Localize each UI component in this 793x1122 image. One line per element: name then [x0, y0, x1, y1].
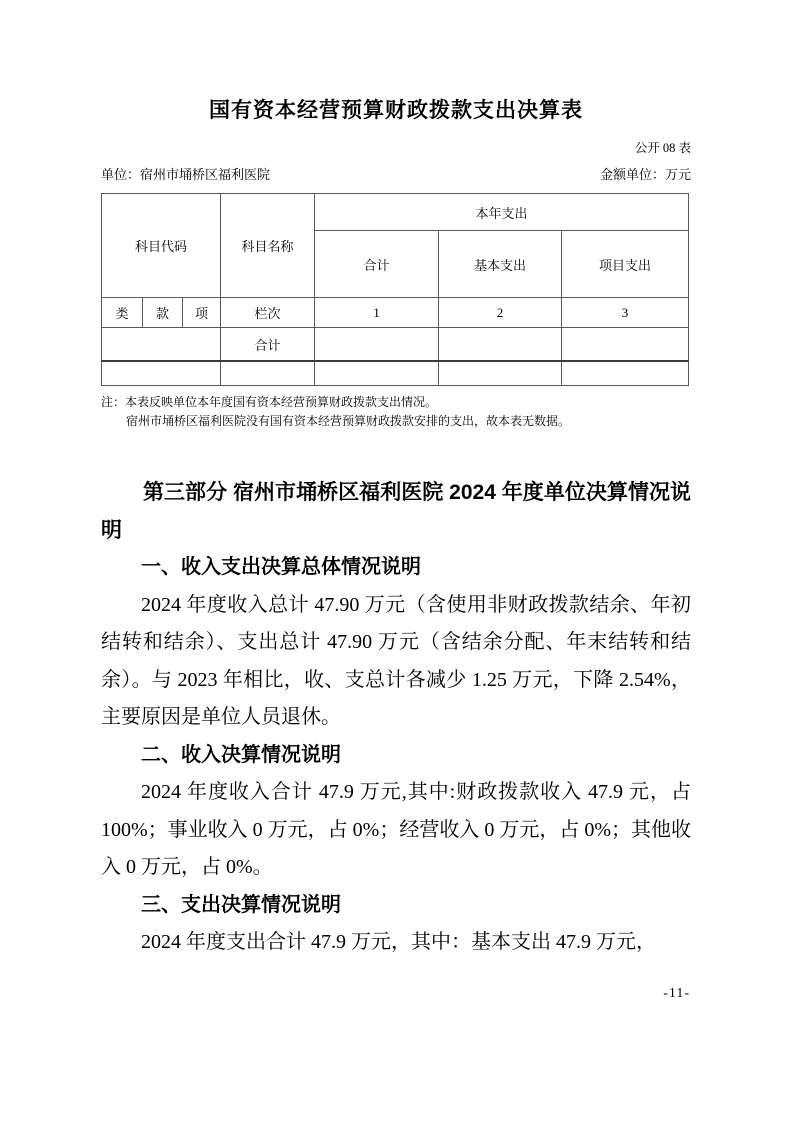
header-year-expenditure: 本年支出	[315, 194, 689, 231]
header-subject-name: 科目名称	[221, 194, 315, 298]
table-row-total: 合计	[102, 328, 689, 362]
amount-unit-label: 金额单位：万元	[600, 165, 691, 184]
total-row-name: 合计	[221, 328, 315, 362]
heading-expenditure-details: 三、支出决算情况说明	[101, 887, 691, 925]
table-meta-row: 单位：宿州市埇桥区福利医院 金额单位：万元	[101, 165, 691, 184]
heading-income-details: 二、收入决算情况说明	[101, 737, 691, 775]
total-row-total	[315, 328, 439, 362]
document-title: 国有资本经营预算财政拨款支出决算表	[101, 0, 691, 125]
page-content: 国有资本经营预算财政拨款支出决算表 公开 08 表 单位：宿州市埇桥区福利医院 …	[0, 0, 793, 962]
empty-row-basic	[439, 361, 562, 386]
cell-lei: 类	[102, 298, 143, 328]
cell-lanci-label: 栏次	[221, 298, 315, 328]
paragraph-income-details: 2024 年度收入合计 47.9 万元,其中:财政拨款收入 47.9 元，占 1…	[101, 774, 691, 887]
empty-row-total	[315, 361, 439, 386]
cell-col-2: 2	[439, 298, 562, 328]
paragraph-overview: 2024 年度收入总计 47.90 万元（含使用非财政拨款结余、年初结转和结余）…	[101, 587, 691, 737]
note-line-1: 注：本表反映单位本年度国有资本经营预算财政拨款支出情况。	[126, 393, 691, 412]
table-row-lanci: 类 款 项 栏次 1 2 3	[102, 298, 689, 328]
cell-col-1: 1	[315, 298, 439, 328]
empty-row-name	[221, 361, 315, 386]
budget-table: 科目代码 科目名称 本年支出 合计 基本支出 项目支出 类 款 项 栏次 1 2…	[101, 193, 689, 386]
table-row-empty	[102, 361, 689, 386]
note-line-1-text: 本表反映单位本年度国有资本经营预算财政拨款支出情况。	[125, 395, 437, 409]
table-notes: 注：本表反映单位本年度国有资本经营预算财政拨款支出情况。 宿州市埇桥区福利医院没…	[101, 393, 691, 430]
public-table-number: 公开 08 表	[101, 140, 691, 156]
part3-heading: 第三部分 宿州市埇桥区福利医院 2024 年度单位决算情况说明	[101, 474, 691, 549]
cell-xiang: 项	[183, 298, 221, 328]
note-line-2: 宿州市埇桥区福利医院没有国有资本经营预算财政拨款安排的支出，故本表无数据。	[126, 412, 691, 431]
cell-col-3: 3	[562, 298, 689, 328]
empty-row-project	[562, 361, 689, 386]
total-row-basic	[439, 328, 562, 362]
cell-kuan: 款	[143, 298, 183, 328]
heading-income-expenditure-overview: 一、收入支出决算总体情况说明	[101, 549, 691, 587]
header-basic-expenditure: 基本支出	[439, 231, 562, 298]
total-row-code	[102, 328, 221, 362]
narrative-section: 第三部分 宿州市埇桥区福利医院 2024 年度单位决算情况说明 一、收入支出决算…	[101, 474, 691, 962]
header-subject-code: 科目代码	[102, 194, 221, 298]
document-page: 国有资本经营预算财政拨款支出决算表 公开 08 表 单位：宿州市埇桥区福利医院 …	[0, 0, 793, 1122]
table-header-row-1: 科目代码 科目名称 本年支出	[102, 194, 689, 231]
unit-label: 单位：宿州市埇桥区福利医院	[101, 165, 270, 184]
empty-row-code	[102, 361, 221, 386]
total-row-project	[562, 328, 689, 362]
note-label: 注：	[101, 395, 125, 409]
page-number: -11-	[663, 986, 690, 1002]
paragraph-expenditure-details: 2024 年度支出合计 47.9 万元，其中：基本支出 47.9 万元，	[101, 924, 691, 962]
header-project-expenditure: 项目支出	[562, 231, 689, 298]
header-total: 合计	[315, 231, 439, 298]
